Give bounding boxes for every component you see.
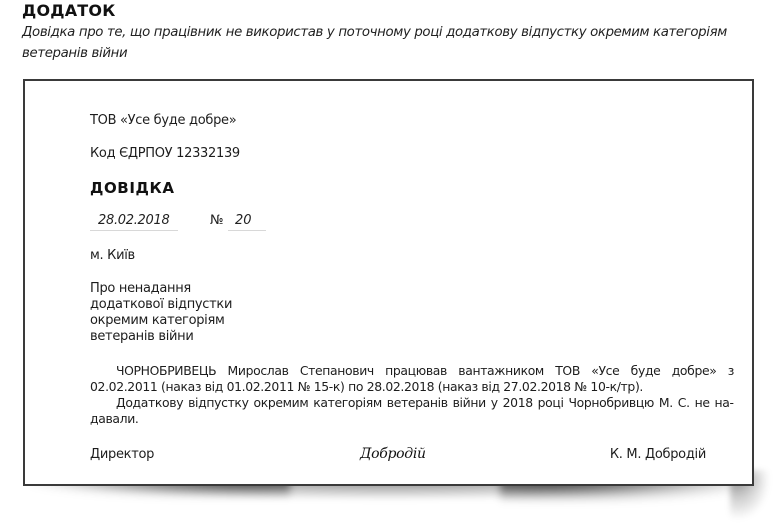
subject-line: додаткової відпустки bbox=[90, 297, 290, 313]
document-body: ЧОРНОБРИВЕЦЬ Мирослав Степанович працюва… bbox=[90, 363, 734, 427]
signer-name: К. М. Добродій bbox=[610, 447, 706, 462]
edrpou-code: Код ЄДРПОУ 12332139 bbox=[90, 146, 240, 161]
appendix-caption: Довідка про те, що працівник не використ… bbox=[22, 22, 742, 64]
appendix-heading: ДОДАТОК bbox=[22, 1, 115, 20]
signature-row: Директор Добродій К. М. Добродій bbox=[90, 447, 706, 465]
document-title: ДОВІДКА bbox=[90, 179, 175, 197]
body-paragraph: ЧОРНОБРИВЕЦЬ Мирослав Степанович працюва… bbox=[90, 363, 734, 395]
subject-line: Про ненадання bbox=[90, 281, 290, 297]
subject-line: ветеранів війни bbox=[90, 329, 290, 345]
body-paragraph: Додаткову відпустку окремим категоріям в… bbox=[90, 395, 734, 427]
document-subject: Про ненадання додаткової відпустки окрем… bbox=[90, 281, 290, 345]
organization-name: ТОВ «Усе буде добре» bbox=[90, 113, 236, 128]
number-label: № bbox=[210, 213, 224, 228]
signer-position: Директор bbox=[90, 447, 154, 462]
document-date: 28.02.2018 bbox=[98, 213, 169, 228]
handwritten-signature: Добродій bbox=[360, 446, 426, 462]
subject-line: окремим категоріям bbox=[90, 313, 290, 329]
city: м. Київ bbox=[90, 248, 135, 263]
document-number: 20 bbox=[235, 213, 252, 228]
